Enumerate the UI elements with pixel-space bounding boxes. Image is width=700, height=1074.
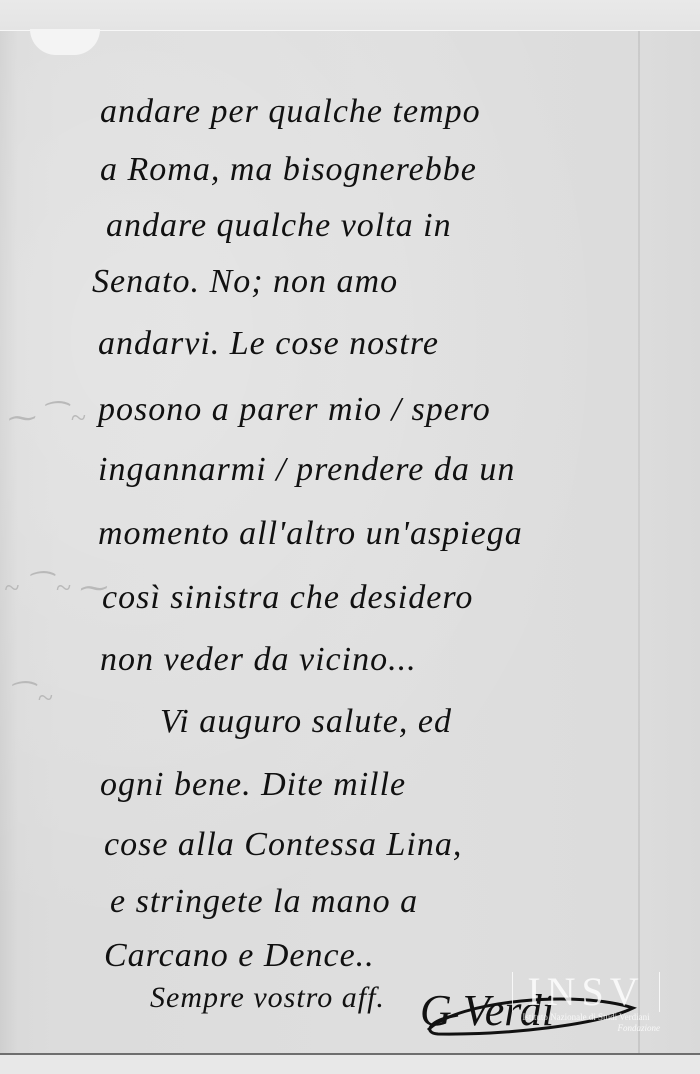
letter-closing: Sempre vostro aff. [150, 981, 385, 1015]
letter-line-6: posono a parer mio / spero [98, 391, 491, 429]
letter-line-12: ogni bene. Dite mille [100, 766, 406, 804]
letter-page: ⁓ ⁀ ~ ~ ⁀ ~ ⁓ ⁀ ~ andare per qualche tem… [0, 31, 700, 1053]
letter-line-11: Vi auguro salute, ed [160, 703, 452, 741]
letter-line-9: così sinistra che desidero [102, 579, 473, 617]
insv-watermark: INSV Istituto Nazionale di Studi Verdian… [512, 972, 660, 1034]
letter-line-13: cose alla Contessa Lina, [104, 826, 462, 864]
letter-line-4: Senato. No; non amo [92, 263, 398, 301]
letter-line-14: e stringete la mano a [110, 883, 418, 921]
watermark-subtitle: Fondazione [512, 1023, 660, 1034]
letter-line-2: a Roma, ma bisognerebbe [100, 151, 477, 189]
letter-line-1: andare per qualche tempo [100, 93, 481, 131]
letter-line-7: ingannarmi / prendere da un [98, 451, 515, 489]
bleed-through-text: ~ ⁀ ~ ⁓ [4, 571, 106, 605]
watermark-logo: INSV [512, 972, 660, 1012]
watermark-name: Istituto Nazionale di Studi Verdiani [512, 1012, 660, 1023]
letter-line-5: andarvi. Le cose nostre [98, 325, 439, 363]
letter-line-8: momento all'altro un'aspiega [98, 515, 523, 553]
letter-line-10: non veder da vicino... [100, 641, 417, 679]
paper-fold-line [638, 31, 640, 1053]
scan-bottom-border [0, 1053, 700, 1074]
bleed-through-text: ⁓ ⁀ ~ [6, 401, 86, 435]
scan-top-border [0, 0, 700, 31]
letter-line-3: andare qualche volta in [106, 207, 452, 245]
bleed-through-text: ⁀ ~ [8, 681, 53, 715]
letter-line-15: Carcano e Dence.. [104, 937, 375, 975]
paper-punch-hole [30, 29, 100, 55]
